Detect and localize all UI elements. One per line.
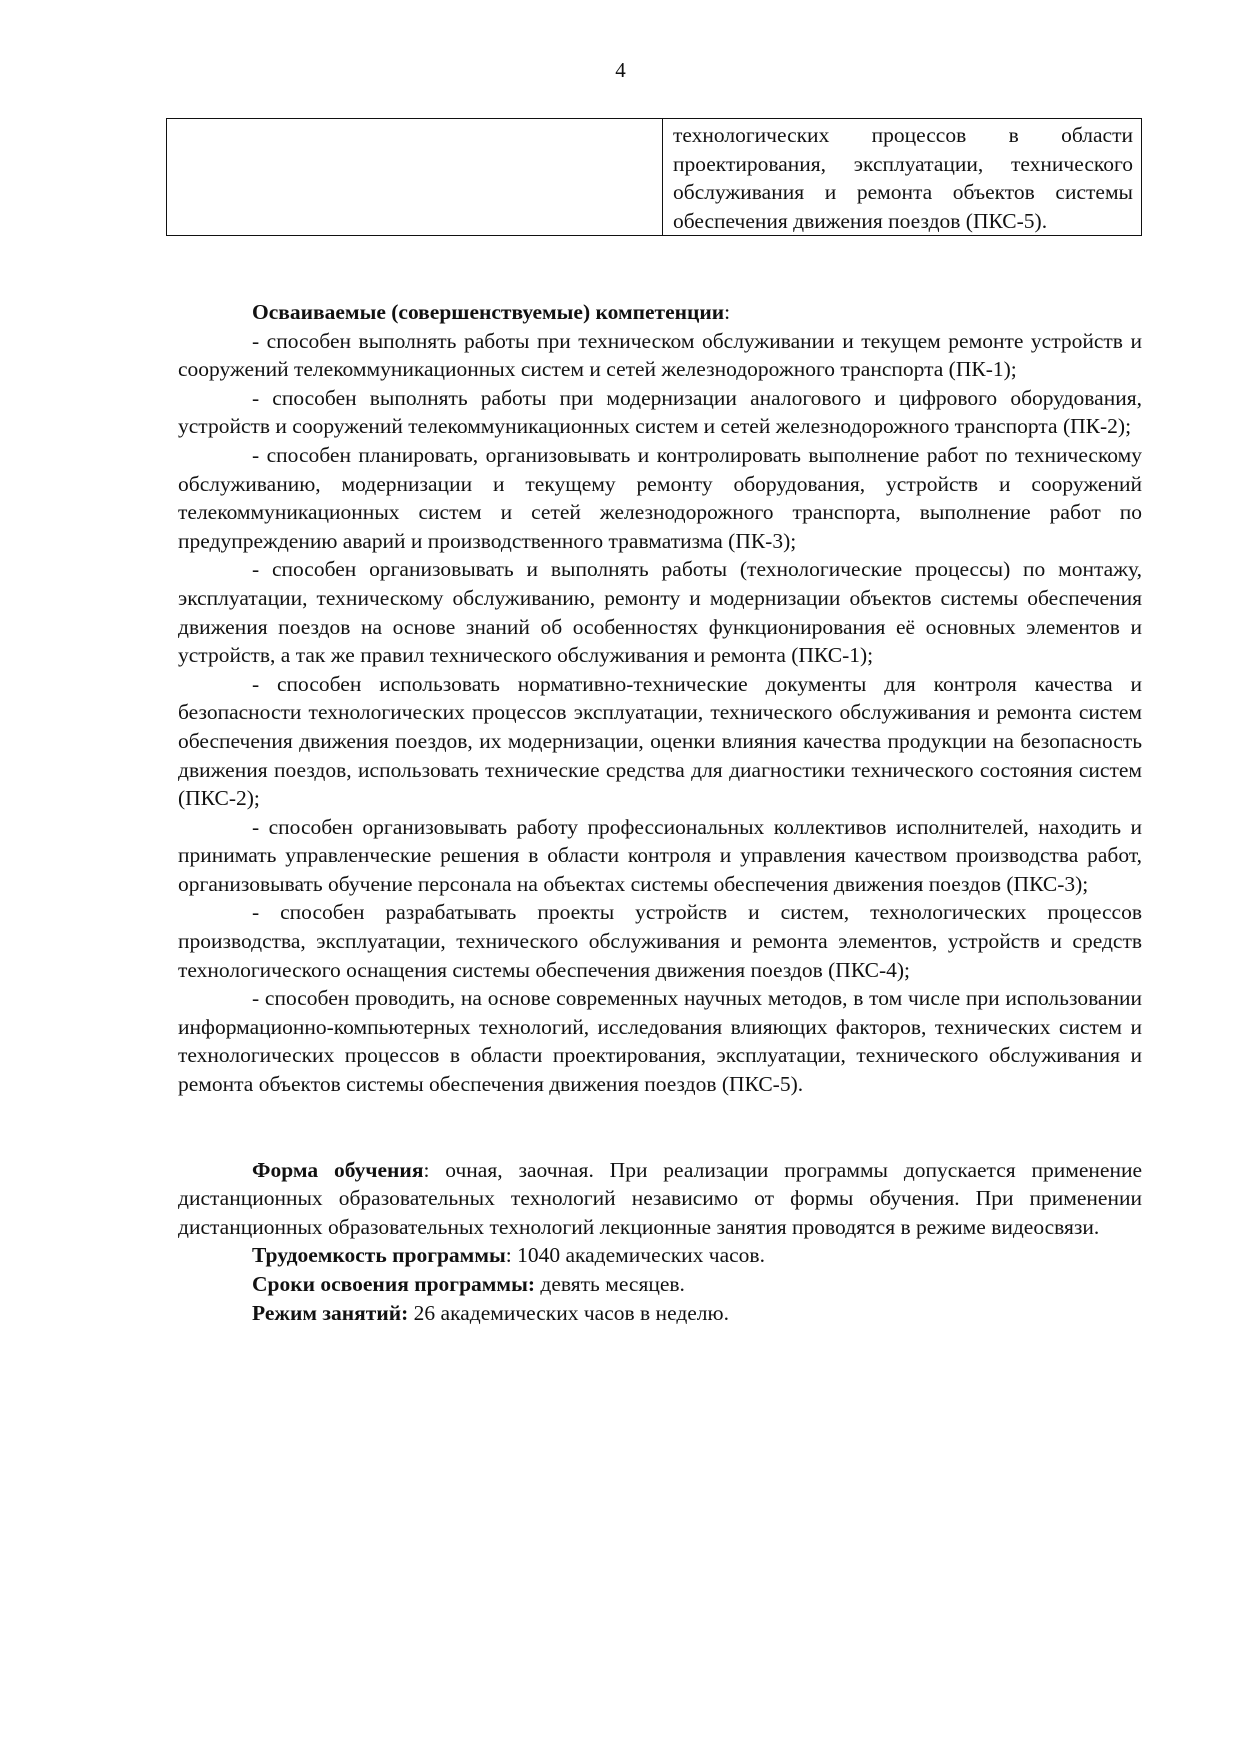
table-row: технологических процессов в области прое… — [167, 119, 1142, 236]
schedule-label: Режим занятий: — [252, 1301, 408, 1325]
duration-label: Сроки освоения программы: — [252, 1272, 535, 1296]
competency-item-pk2: - способен выполнять работы при модерниз… — [178, 384, 1142, 441]
competencies-heading: Осваиваемые (совершенствуемые) компетенц… — [178, 298, 1142, 327]
study-form-paragraph: Форма обучения: очная, заочная. При реал… — [178, 1156, 1142, 1242]
competencies-heading-label: Осваиваемые (совершенствуемые) компетенц… — [252, 300, 724, 324]
competency-item-pks3: - способен организовывать работу професс… — [178, 813, 1142, 899]
schedule-value: 26 академических часов в неделю. — [408, 1301, 729, 1325]
competency-item-pk3: - способен планировать, организовывать и… — [178, 441, 1142, 555]
workload-line: Трудоемкость программы: 1040 академическ… — [178, 1241, 1142, 1270]
table-cell-empty — [167, 119, 663, 236]
duration-line: Сроки освоения программы: девять месяцев… — [178, 1270, 1142, 1299]
competencies-heading-colon: : — [724, 300, 730, 324]
study-form-label: Форма обучения — [252, 1158, 423, 1182]
competency-item-pks1: - способен организовывать и выполнять ра… — [178, 555, 1142, 669]
document-body: Осваиваемые (совершенствуемые) компетенц… — [178, 298, 1142, 1327]
continuation-table: технологических процессов в области прое… — [166, 118, 1142, 236]
page-number: 4 — [0, 58, 1241, 83]
section-spacer — [178, 1099, 1142, 1156]
duration-value: девять месяцев. — [535, 1272, 685, 1296]
table-cell-competency-text: технологических процессов в области прое… — [663, 119, 1142, 236]
workload-value: : 1040 академических часов. — [506, 1243, 765, 1267]
schedule-line: Режим занятий: 26 академических часов в … — [178, 1299, 1142, 1328]
workload-label: Трудоемкость программы — [252, 1243, 506, 1267]
competency-item-pks5: - способен проводить, на основе современ… — [178, 984, 1142, 1098]
competency-item-pks2: - способен использовать нормативно-техни… — [178, 670, 1142, 813]
competency-item-pks4: - способен разрабатывать проекты устройс… — [178, 898, 1142, 984]
competency-item-pk1: - способен выполнять работы при техничес… — [178, 327, 1142, 384]
